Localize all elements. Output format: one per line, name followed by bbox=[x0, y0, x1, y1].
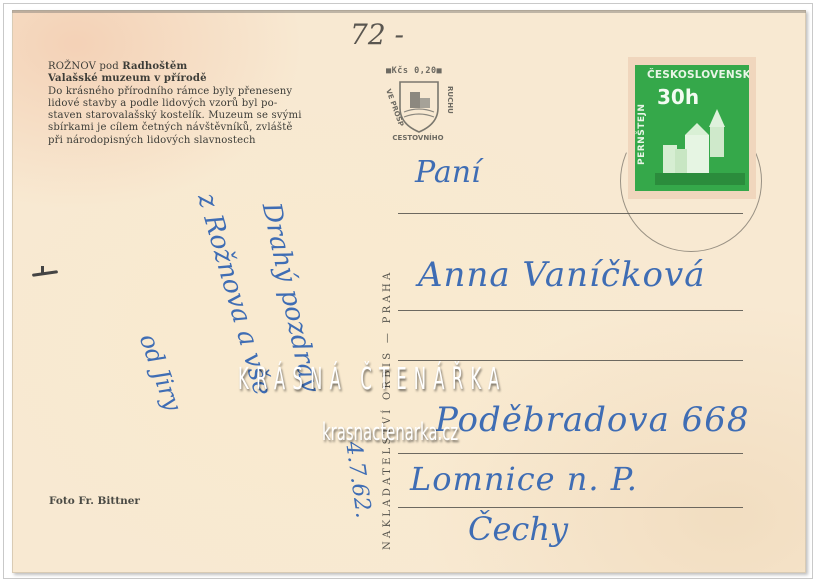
location-title: ROŽNOV pod Radhoštěm bbox=[48, 61, 302, 73]
publisher-text: NAKLADATELSTVÍ ORBIS — PRAHA bbox=[382, 269, 393, 550]
description-line: Do krásného přírodního rámce byly přenes… bbox=[48, 86, 302, 98]
description-line: sbírkami je cílem četných návštěvníků, z… bbox=[48, 122, 302, 134]
ink-mark bbox=[41, 266, 44, 275]
printed-description: ROŽNOV pod Radhoštěm Valašské muzeum v p… bbox=[48, 61, 302, 147]
photo-credit: Foto Fr. Bittner bbox=[49, 495, 140, 507]
description-line: při národopisných lidových slavnostech bbox=[48, 135, 302, 147]
address-line bbox=[398, 507, 743, 508]
stamp-country: ČESKOSLOVENSKO bbox=[647, 69, 749, 81]
svg-text:CESTOVNÍHO: CESTOVNÍHO bbox=[392, 133, 443, 142]
svg-text:VE PROSP: VE PROSP bbox=[384, 88, 405, 128]
subtitle: Valašské muzeum v přírodě bbox=[48, 73, 302, 85]
postage-stamp: ČESKOSLOVENSKO 30h PERNŠTEJN bbox=[628, 57, 756, 199]
address-street: Poděbradova 668 bbox=[435, 400, 750, 440]
stamp-face: ČESKOSLOVENSKO 30h PERNŠTEJN bbox=[635, 65, 749, 191]
address-salutation: Paní bbox=[415, 155, 481, 190]
address-region: Čechy bbox=[468, 510, 568, 548]
corner-note: 72 - bbox=[350, 18, 404, 51]
castle-icon bbox=[655, 105, 745, 185]
charity-stamp: ■Kčs 0,20■ VE PROSP CESTOVNÍHO RUCHU bbox=[378, 62, 460, 142]
description-line: lidové stavby a podle lidových vzorů byl… bbox=[48, 98, 302, 110]
address-town: Lomnice n. P. bbox=[410, 460, 638, 498]
castle-shield-icon: VE PROSP CESTOVNÍHO RUCHU bbox=[378, 62, 460, 142]
address-line bbox=[398, 453, 743, 454]
address-line bbox=[398, 360, 743, 361]
address-name: Anna Vaníčková bbox=[418, 255, 706, 295]
postcard-top-edge bbox=[12, 10, 806, 13]
stamp-subject: PERNŠTEJN bbox=[637, 104, 647, 165]
watermark-url: krasnactenarka.cz bbox=[322, 418, 458, 446]
description-line: staven starovalašský kostelík. Muzeum se… bbox=[48, 110, 302, 122]
watermark-title: KRÁSNÁ ČTENÁŘKA bbox=[238, 362, 506, 397]
svg-text:RUCHU: RUCHU bbox=[446, 86, 454, 114]
address-line bbox=[398, 213, 743, 214]
address-line bbox=[398, 310, 743, 311]
